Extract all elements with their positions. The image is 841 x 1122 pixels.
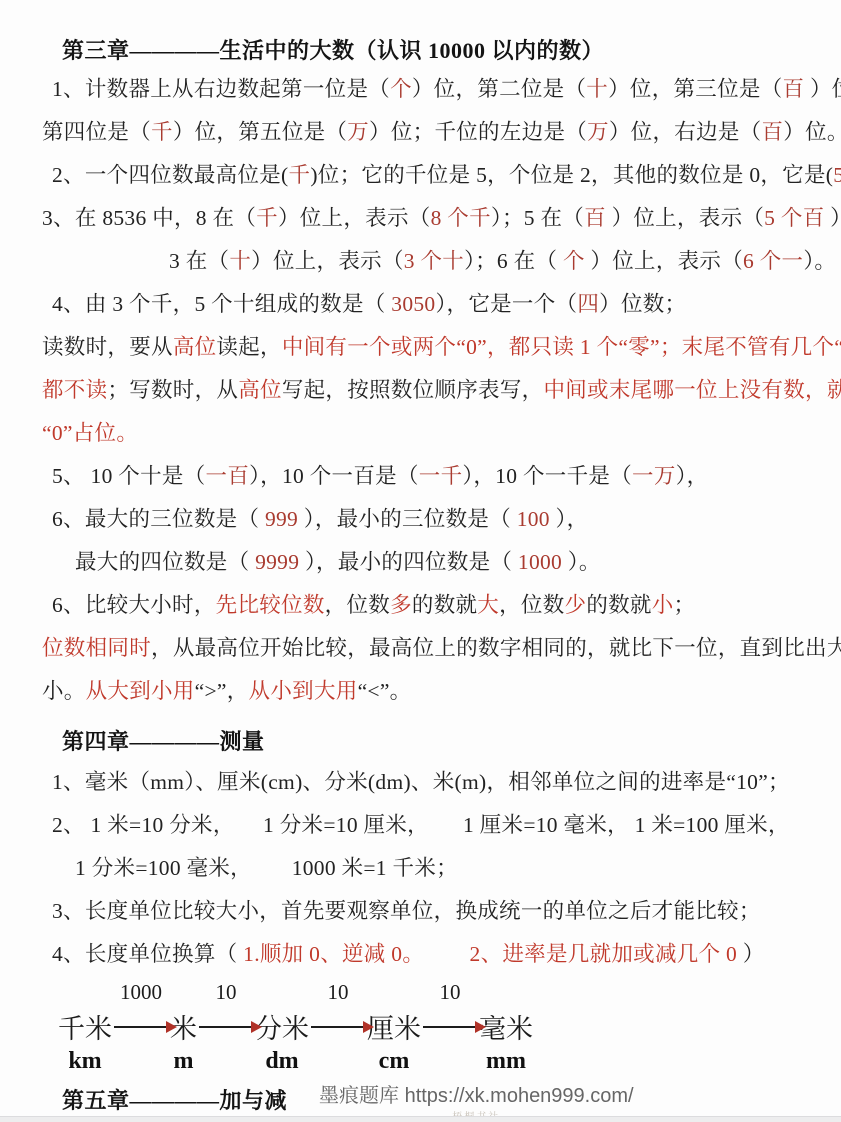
text-segment: 最大的四位数是（: [75, 550, 255, 574]
q1-line1: 1、计数器上从右边数起第一位是（个）位，第二位是（十）位，第三位是（百 ）位，: [42, 68, 821, 111]
q4-line3: 都不读；写数时，从高位写起，按照数位顺序表写，中间或末尾哪一位上没有数，就写: [42, 369, 821, 412]
emphasis-text: 高位: [238, 378, 282, 402]
text-segment: 2、 1 米=10 分米， 1 分米=10 厘米， 1 厘米=10 毫米， 1 …: [52, 813, 790, 837]
text-segment: )位；它的千位是 5，个位是 2，其他的数位是 0，它是(: [310, 163, 833, 187]
text-segment: 1、计数器上从右边数起第一位是（: [52, 77, 390, 101]
unit-conversion-diagram: 千米 km 1000 米 m 10 分米 dm: [58, 978, 618, 1080]
chapter5-heading: 第五章————加与减: [62, 1084, 287, 1118]
text-segment: 3、在 8536 中，8 在（: [42, 206, 256, 230]
answer-text: 百: [783, 77, 805, 101]
m1-line: 1、毫米（mm）、厘米(cm)、分米(dm)、米(m)，相邻单位之间的进率是“1…: [42, 761, 821, 804]
emphasis-text: 小: [652, 593, 674, 617]
m3-line: 3、长度单位比较大小，首先要观察单位，换成统一的单位之后才能比较；: [42, 890, 821, 933]
emphasis-text: 2、进率是几就加或减几个 0: [470, 942, 738, 966]
text-segment: 写起，按照数位顺序表写，: [282, 378, 544, 402]
text-segment: ）位，: [804, 77, 841, 101]
text-segment: ，从最高位开始比较，最高位上的数字相同的，就比下一位，直到比出大: [151, 636, 841, 660]
emphasis-text: 少: [565, 593, 587, 617]
answer-text: 四: [577, 292, 599, 316]
text-segment: ）位，右边是（: [609, 120, 762, 144]
chapter3-heading: 第三章————生活中的大数（认识 10000 以内的数）: [62, 34, 821, 68]
text-segment: ）；: [825, 206, 841, 230]
answer-text: 5 个百: [764, 206, 824, 230]
text-segment: ）位。: [783, 120, 841, 144]
text-segment: 4、长度单位换算（: [52, 942, 243, 966]
conversion-factor: 10: [216, 978, 237, 1006]
answer-text: 百: [584, 206, 606, 230]
text-segment: ）；6 在（: [464, 249, 563, 273]
text-segment: ），: [550, 507, 589, 531]
diagram-row: 千米 km 1000 米 m 10 分米 dm: [58, 978, 618, 1080]
text-segment: ）位，第三位是（: [608, 77, 782, 101]
answer-text: 5002: [833, 163, 841, 187]
q4-line1: 4、由 3 个千，5 个十组成的数是（ 3050），它是一个（四）位数；: [42, 283, 821, 326]
answer-text: 8 个千: [431, 206, 491, 230]
text-segment: 6、比较大小时，: [52, 593, 216, 617]
text-segment: ）位上，表示（: [251, 249, 404, 273]
right-arrow-icon: [199, 1026, 253, 1029]
q6-line1: 6、最大的三位数是（ 999 ），最小的三位数是（ 100 ），: [42, 498, 821, 541]
text-segment: ）: [737, 942, 764, 966]
unit-name: 毫米: [479, 1006, 533, 1046]
watermark-site-text: 墨痕题库 https://xk.mohen999.com/: [319, 1084, 634, 1108]
answer-text: 百: [761, 120, 783, 144]
q2-line: 2、一个四位数最高位是(千)位；它的千位是 5，个位是 2，其他的数位是 0，它…: [42, 154, 821, 197]
unit-abbr: mm: [486, 1046, 526, 1080]
emphasis-text: 位数相同时: [42, 636, 151, 660]
q6-compare-line1: 6、比较大小时，先比较位数，位数多的数就大，位数少的数就小；: [42, 584, 821, 627]
answer-text: 十: [586, 77, 608, 101]
text-segment: ），最小的三位数是（: [298, 507, 517, 531]
answer-text: 个: [563, 249, 585, 273]
answer-text: 千: [289, 163, 311, 187]
answer-text: 999: [265, 507, 298, 531]
unit-mm: 毫米 mm: [479, 978, 533, 1080]
unit-name: 分米: [255, 1006, 309, 1046]
text-segment: ）位数；: [599, 292, 686, 316]
emphasis-text: 1.顺加 0、逆减 0。: [243, 942, 424, 966]
unit-abbr: m: [174, 1046, 194, 1080]
unit-name: 千米: [58, 1006, 112, 1046]
right-arrow-icon: [114, 1026, 168, 1029]
answer-text: 一万: [632, 464, 676, 488]
text-segment: ）位上，表示（: [278, 206, 431, 230]
q4-line4: “0”占位。: [42, 412, 821, 455]
text-segment: ）；5 在（: [491, 206, 584, 230]
emphasis-text: 高位: [173, 335, 217, 359]
text-segment: 3 在（: [169, 249, 229, 273]
text-segment: ），它是一个（: [435, 292, 577, 316]
answer-text: 一千: [419, 464, 463, 488]
conversion-arrow-3: 10: [309, 978, 367, 1080]
conversion-factor: 10: [440, 978, 461, 1006]
text-segment: ，位数: [499, 593, 564, 617]
unit-cm: 厘米 cm: [367, 978, 421, 1080]
text-segment: ）位上，表示（: [585, 249, 743, 273]
page-bottom-edge: [0, 1116, 841, 1122]
emphasis-text: 大: [477, 593, 499, 617]
text-segment: 1 分米=100 毫米， 1000 米=1 千米；: [75, 856, 458, 880]
m2-line1: 2、 1 米=10 分米， 1 分米=10 厘米， 1 厘米=10 毫米， 1 …: [42, 804, 821, 847]
text-segment: 5、 10 个十是（: [52, 464, 206, 488]
text-segment: 2、一个四位数最高位是(: [52, 163, 289, 187]
answer-text: 个: [390, 77, 412, 101]
unit-km: 千米 km: [58, 978, 112, 1080]
answer-text: 6 个一: [743, 249, 803, 273]
text-segment: 的数就: [412, 593, 477, 617]
conversion-arrow-4: 10: [421, 978, 479, 1080]
text-segment: ）位上，表示（: [606, 206, 764, 230]
text-segment: ），10 个一百是（: [249, 464, 419, 488]
answer-text: 千: [151, 120, 173, 144]
text-segment: 的数就: [586, 593, 651, 617]
right-arrow-icon: [311, 1026, 365, 1029]
text-segment: ，位数: [325, 593, 390, 617]
text-segment: 4、由 3 个千，5 个十组成的数是（: [52, 292, 391, 316]
q3-line1: 3、在 8536 中，8 在（千）位上，表示（8 个千）；5 在（百 ）位上，表…: [42, 197, 821, 240]
text-segment: ），最小的四位数是（: [299, 550, 518, 574]
emphasis-text: 中间或末尾哪一位上没有数，就写: [543, 378, 841, 402]
worksheet-page: 第三章————生活中的大数（认识 10000 以内的数） 1、计数器上从右边数起…: [0, 0, 841, 1122]
q3-line2: 3 在（十）位上，表示（3 个十）；6 在（ 个 ）位上，表示（6 个一）。: [42, 240, 821, 283]
q6-compare-line3: 小。从大到小用“>”，从小到大用“<”。: [42, 670, 821, 713]
unit-dm: 分米 dm: [255, 978, 309, 1080]
m2-line2: 1 分米=100 毫米， 1000 米=1 千米；: [42, 847, 821, 890]
text-segment: 第四位是（: [42, 120, 151, 144]
answer-text: 3 个十: [404, 249, 464, 273]
emphasis-text: 从小到大用: [249, 679, 358, 703]
chapter4-heading: 第四章————测量: [62, 725, 821, 759]
q6-compare-line2: 位数相同时，从最高位开始比较，最高位上的数字相同的，就比下一位，直到比出大: [42, 627, 821, 670]
text-segment: ）位；千位的左边是（: [369, 120, 587, 144]
conversion-factor: 1000: [120, 978, 162, 1006]
emphasis-text: 中间有一个或两个“0”，都只读 1 个“零”；末尾不管有几个“0”，: [282, 335, 841, 359]
unit-name: 厘米: [367, 1006, 421, 1046]
conversion-factor: 10: [328, 978, 349, 1006]
text-segment: ），10 个一千是（: [462, 464, 632, 488]
text-segment: ）位，第五位是（: [173, 120, 347, 144]
q5-line: 5、 10 个十是（一百），10 个一百是（一千），10 个一千是（一万），: [42, 455, 821, 498]
text-segment: ；: [674, 593, 696, 617]
unit-abbr: dm: [265, 1046, 298, 1080]
unit-abbr: cm: [379, 1046, 410, 1080]
m4-line: 4、长度单位换算（ 1.顺加 0、逆减 0。 2、进率是几就加或减几个 0 ）: [42, 933, 821, 976]
q6-line2: 最大的四位数是（ 9999 ），最小的四位数是（ 1000 ）。: [42, 541, 821, 584]
answer-text: 万: [587, 120, 609, 144]
text-segment: ）。: [803, 249, 836, 273]
text-segment: ）。: [562, 550, 601, 574]
right-arrow-icon: [423, 1026, 477, 1029]
emphasis-text: 先比较位数: [216, 593, 325, 617]
text-segment: ），: [676, 464, 709, 488]
answer-text: 9999: [255, 550, 299, 574]
answer-text: 1000: [518, 550, 562, 574]
text-segment: 读起，: [216, 335, 281, 359]
text-segment: “>”，: [195, 679, 249, 703]
text-segment: 6、最大的三位数是（: [52, 507, 265, 531]
text-segment: 1、毫米（mm）、厘米(cm)、分米(dm)、米(m)，相邻单位之间的进率是“1…: [52, 770, 790, 794]
answer-text: 十: [229, 249, 251, 273]
emphasis-text: 多: [390, 593, 412, 617]
emphasis-text: “0”占位。: [42, 421, 138, 445]
text-segment: “<”。: [358, 679, 412, 703]
answer-text: 100: [517, 507, 550, 531]
answer-text: 3050: [391, 292, 435, 316]
answer-text: 万: [347, 120, 369, 144]
q4-line2: 读数时，要从高位读起，中间有一个或两个“0”，都只读 1 个“零”；末尾不管有几…: [42, 326, 821, 369]
answer-text: 千: [256, 206, 278, 230]
emphasis-text: 都不读: [42, 378, 107, 402]
text-segment: [424, 942, 469, 966]
text-segment: 3、长度单位比较大小，首先要观察单位，换成统一的单位之后才能比较；: [52, 899, 761, 923]
q1-line2: 第四位是（千）位，第五位是（万）位；千位的左边是（万）位，右边是（百）位。: [42, 111, 821, 154]
text-segment: ；写数时，从: [107, 378, 238, 402]
answer-text: 一百: [206, 464, 250, 488]
text-segment: 读数时，要从: [42, 335, 173, 359]
emphasis-text: 从大到小用: [86, 679, 195, 703]
text-segment: ）位，第二位是（: [412, 77, 586, 101]
text-segment: 小。: [42, 679, 86, 703]
unit-abbr: km: [68, 1046, 101, 1080]
conversion-arrow-2: 10: [197, 978, 255, 1080]
conversion-arrow-1: 1000: [112, 978, 170, 1080]
